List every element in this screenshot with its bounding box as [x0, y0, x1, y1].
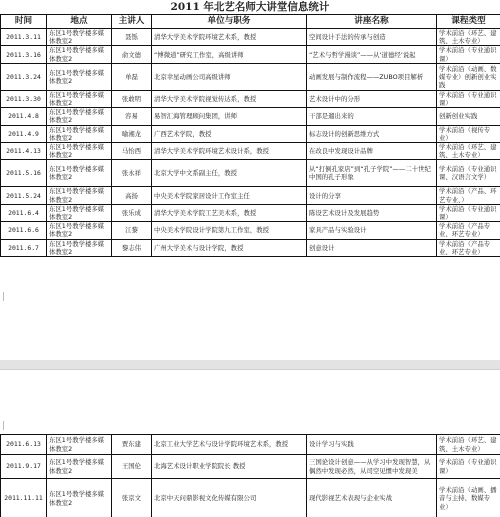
table-row: 2011.4.9东区1号教学楼多媒体教室2喻湘龙广西艺术学院，教授标志设计的创新… [1, 125, 500, 142]
org-cell: 清华大学美术学院视觉传达系，教授 [152, 90, 307, 107]
course-type-cell: 学术前沿（专业通识课） [437, 455, 500, 479]
time-cell: 2011.5.16 [1, 160, 47, 187]
lecture-cell: 动画发展与制作流程——ZUBO项目解析 [307, 63, 437, 90]
table-row: 2011.6.13东区1号教学楼多媒体教室2贾东建北京工业大学艺术与设计学院环境… [1, 435, 500, 455]
time-cell: 2011.6.4 [1, 204, 47, 221]
time-cell: 2011.3.16 [1, 46, 47, 63]
time-cell: 2011.3.11 [1, 29, 47, 46]
speaker-cell: 贾东建 [112, 435, 152, 455]
place-cell: 东区1号教学楼多媒体教室2 [47, 455, 112, 479]
place-cell: 东区1号教学楼多媒体教室2 [47, 46, 112, 63]
time-cell: 2011.9.17 [1, 455, 47, 479]
course-type-cell: 学术前沿（专业通识课） [437, 90, 500, 107]
lecture-cell: 家具产品与实验设计 [307, 222, 437, 239]
org-cell: 北京幸星动画公司高级讲师 [152, 63, 307, 90]
document-title: 2011 年北艺名师大讲堂信息统计 [0, 0, 500, 14]
place-cell: 东区1号教学楼多媒体教室2 [47, 90, 112, 107]
org-cell: 北京工业大学艺术与设计学院环境艺术系，教授 [152, 435, 307, 455]
lecture-cell: 在改良中发现设计品牌 [307, 143, 437, 160]
table-row: 2011.6.7东区1号教学楼多媒体教室2黎志伟广州大学美术与设计学院，教授创意… [1, 239, 500, 256]
place-cell: 东区1号教学楼多媒体教室2 [47, 108, 112, 125]
lecture-cell: 标志设计的创新思维方式 [307, 125, 437, 142]
table-row: 2011.3.16东区1号教学楼多媒体教室2俞文德“博微道”研究工作室，高级讲师… [1, 46, 500, 63]
table-row: 2011.3.24东区1号教学楼多媒体教室2单磊北京幸星动画公司高级讲师动画发展… [1, 63, 500, 90]
course-type-cell: 创新创业实践 [437, 108, 500, 125]
course-type-cell: 学术前沿（产品专业、环艺专业） [437, 239, 500, 256]
lecture-cell: 干部是遛出来的 [307, 108, 437, 125]
org-cell: 清华大学美术学院环境艺术系，教授 [152, 29, 307, 46]
time-cell: 2011.6.13 [1, 435, 47, 455]
text-cursor-mark [3, 421, 4, 430]
time-cell: 2011.4.13 [1, 143, 47, 160]
place-cell: 东区1号教学楼多媒体教室2 [47, 125, 112, 142]
table-row: 2011.3.30东区1号教学楼多媒体教室2张敢明清华大学美术学院视觉传达系，教… [1, 90, 500, 107]
lecture-cell: 从“打倒孔家店”到“孔子学院”——二十世纪中国的孔子形象 [307, 160, 437, 187]
table-row: 2011.6.4东区1号教学楼多媒体教室2张乐成清华大学美术学院工艺美术系，教授… [1, 204, 500, 221]
course-type-cell: 学术前沿（动画、数媒专业）创新创业实践 [437, 63, 500, 90]
time-cell: 2011.4.9 [1, 125, 47, 142]
place-cell: 东区1号教学楼多媒体教室2 [47, 63, 112, 90]
course-type-cell: 学术前沿（产品、环艺专业、） [437, 187, 500, 204]
text-cursor-mark [3, 292, 4, 301]
lecture-cell: 三国论设计创意——从学习中发现智慧，从偶然中发现必然，从司空见惯中发现美 [307, 455, 437, 479]
speaker-cell: 俞文德 [112, 46, 152, 63]
document-page-1: 2011 年北艺名师大讲堂信息统计 时间 地点 主讲人 单位与职务 讲座名称 课… [0, 0, 500, 360]
header-type: 课程类型 [437, 15, 500, 29]
speaker-cell: 聂铄 [112, 29, 152, 46]
org-cell: 北海艺术设计职业学院院长 教授 [152, 455, 307, 479]
speaker-cell: 江黎 [112, 222, 152, 239]
time-cell: 2011.11.11 [1, 479, 47, 517]
lecture-cell: 空间设计手法的传承与创造 [307, 29, 437, 46]
speaker-cell: 张京文 [112, 479, 152, 517]
header-speaker: 主讲人 [112, 15, 152, 29]
time-cell: 2011.3.30 [1, 90, 47, 107]
time-cell: 2011.6.7 [1, 239, 47, 256]
place-cell: 东区1号教学楼多媒体教室2 [47, 479, 112, 517]
place-cell: 东区1号教学楼多媒体教室2 [47, 204, 112, 221]
lecture-cell: 设计学习与实践 [307, 435, 437, 455]
org-cell: 北京中天问鼎影视文化传媒有限公司 [152, 479, 307, 517]
time-cell: 2011.4.8 [1, 108, 47, 125]
speaker-cell: 张敢明 [112, 90, 152, 107]
time-cell: 2011.5.24 [1, 187, 47, 204]
header-time: 时间 [1, 15, 47, 29]
course-type-cell: 学术前沿（专业通识课、汉语言文学） [437, 160, 500, 187]
header-org: 单位与职务 [152, 15, 307, 29]
course-type-cell: 学术前沿（专业通识课） [437, 46, 500, 63]
page-break [0, 360, 500, 370]
speaker-cell: 单磊 [112, 63, 152, 90]
place-cell: 东区1号教学楼多媒体教室2 [47, 222, 112, 239]
org-cell: “博微道”研究工作室，高级讲师 [152, 46, 307, 63]
lecture-cell: 陈设艺术设计及发展趋势 [307, 204, 437, 221]
table-row: 2011.5.16东区1号教学楼多媒体教室2张永祥北京大学中文系副主任，教授从“… [1, 160, 500, 187]
place-cell: 东区1号教学楼多媒体教室2 [47, 160, 112, 187]
header-place: 地点 [47, 15, 112, 29]
course-type-cell: 学术前沿（环艺、建筑、土木专业） [437, 143, 500, 160]
speaker-cell: 黎志伟 [112, 239, 152, 256]
org-cell: 中央美术学院设计学院第九工作室，教授 [152, 222, 307, 239]
time-cell: 2011.6.6 [1, 222, 47, 239]
lecture-cell: “艺术与哲学漫谈”——从‘道德经’说起 [307, 46, 437, 63]
lecture-cell: 艺术设计中的分形 [307, 90, 437, 107]
speaker-cell: 喻湘龙 [112, 125, 152, 142]
speaker-cell: 张乐成 [112, 204, 152, 221]
lecture-cell: 设计的分享 [307, 187, 437, 204]
speaker-cell: 马怡西 [112, 143, 152, 160]
document-page-2: 2011.6.13东区1号教学楼多媒体教室2贾东建北京工业大学艺术与设计学院环境… [0, 370, 500, 517]
place-cell: 东区1号教学楼多媒体教室2 [47, 187, 112, 204]
org-cell: 北京大学中文系副主任，教授 [152, 160, 307, 187]
place-cell: 东区1号教学楼多媒体教室2 [47, 239, 112, 256]
time-cell: 2011.3.24 [1, 63, 47, 90]
table-row: 2011.3.11东区1号教学楼多媒体教室2聂铄清华大学美术学院环境艺术系，教授… [1, 29, 500, 46]
table-row: 2011.4.13东区1号教学楼多媒体教室2马怡西清华大学美术学院环境艺术设计系… [1, 143, 500, 160]
table-row: 2011.9.17东区1号教学楼多媒体教室2王国伦北海艺术设计职业学院院长 教授… [1, 455, 500, 479]
table-row: 2011.5.24东区1号教学楼多媒体教室2高扬中央美术学院家居设计工作室主任设… [1, 187, 500, 204]
course-type-cell: 学术前沿（产品专业、环艺专业） [437, 222, 500, 239]
table-header-row: 时间 地点 主讲人 单位与职务 讲座名称 课程类型 [1, 15, 500, 29]
speaker-cell: 高扬 [112, 187, 152, 204]
speaker-cell: 张永祥 [112, 160, 152, 187]
table-row: 2011.6.6东区1号教学楼多媒体教室2江黎中央美术学院设计学院第九工作室，教… [1, 222, 500, 239]
org-cell: 中央美术学院家居设计工作室主任 [152, 187, 307, 204]
course-type-cell: 学术前沿（动画、播音与主持、数媒专业） [437, 479, 500, 517]
course-type-cell: 学术前沿（专业通识课） [437, 204, 500, 221]
lecture-table-page-2: 2011.6.13东区1号教学楼多媒体教室2贾东建北京工业大学艺术与设计学院环境… [0, 434, 500, 517]
table-row: 2011.4.8东区1号教学楼多媒体教室2容易易智汇海管理顾问集团，讲师干部是遛… [1, 108, 500, 125]
course-type-cell: 学术前沿（环艺、建筑、土木专业） [437, 29, 500, 46]
place-cell: 东区1号教学楼多媒体教室2 [47, 435, 112, 455]
table-row: 2011.11.11东区1号教学楼多媒体教室2张京文北京中天问鼎影视文化传媒有限… [1, 479, 500, 517]
lecture-table-page-1: 时间 地点 主讲人 单位与职务 讲座名称 课程类型 2011.3.11东区1号教… [0, 14, 500, 257]
place-cell: 东区1号教学楼多媒体教室2 [47, 29, 112, 46]
org-cell: 清华大学美术学院环境艺术设计系，教授 [152, 143, 307, 160]
speaker-cell: 容易 [112, 108, 152, 125]
org-cell: 广西艺术学院，教授 [152, 125, 307, 142]
place-cell: 东区1号教学楼多媒体教室2 [47, 143, 112, 160]
org-cell: 广州大学美术与设计学院，教授 [152, 239, 307, 256]
lecture-cell: 现代影视艺术表现与企业实战 [307, 479, 437, 517]
speaker-cell: 王国伦 [112, 455, 152, 479]
course-type-cell: 学术前沿（视传专业） [437, 125, 500, 142]
org-cell: 易智汇海管理顾问集团，讲师 [152, 108, 307, 125]
org-cell: 清华大学美术学院工艺美术系，教授 [152, 204, 307, 221]
header-lecture: 讲座名称 [307, 15, 437, 29]
lecture-cell: 创意设计 [307, 239, 437, 256]
course-type-cell: 学术前沿（环艺、建筑、土木专业） [437, 435, 500, 455]
